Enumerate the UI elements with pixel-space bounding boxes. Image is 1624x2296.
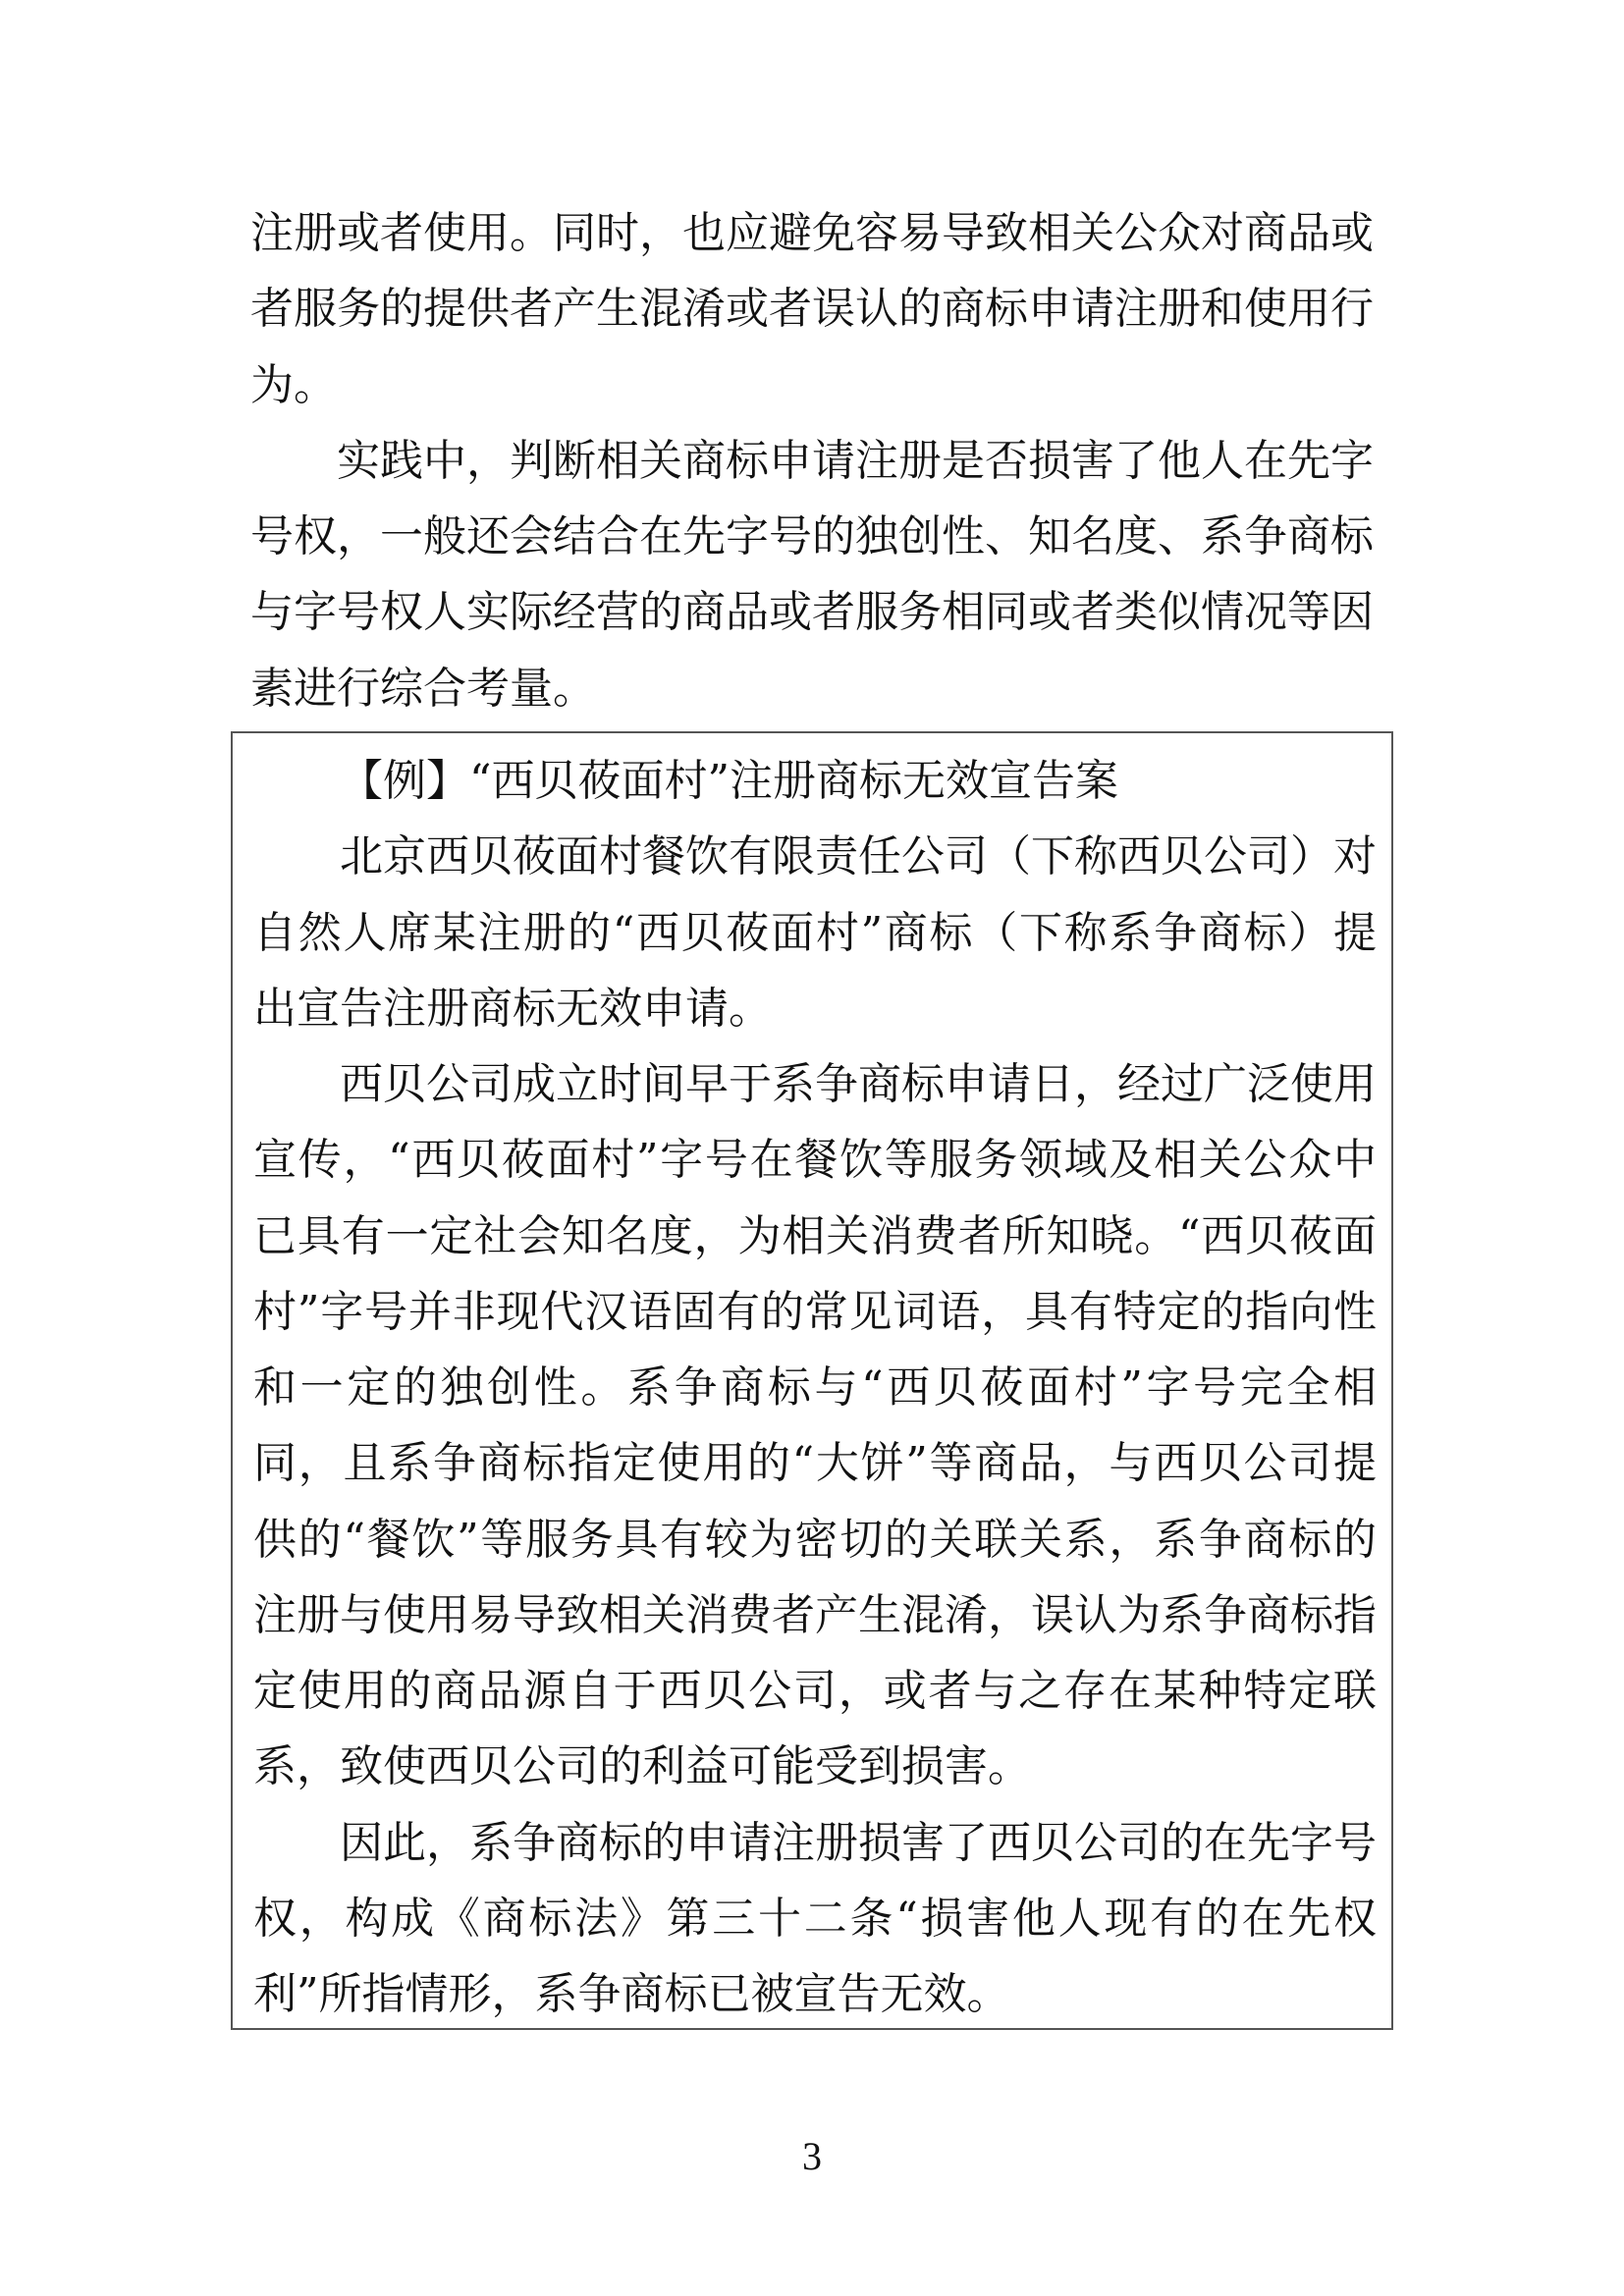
- paragraph-practice: 实践中，判断相关商标申请注册是否损害了他人在先字号权，一般还会结合在先字号的独创…: [250, 423, 1374, 726]
- example-paragraph-1: 北京西贝莜面村餐饮有限责任公司（下称西贝公司）对自然人席某注册的“西贝莜面村”商…: [253, 819, 1377, 1046]
- example-title: 【例】“西贝莜面村”注册商标无效宣告案: [253, 743, 1377, 819]
- page-number: 3: [0, 2132, 1624, 2181]
- paragraph-continuation: 注册或者使用。同时，也应避免容易导致相关公众对商品或者服务的提供者产生混淆或者误…: [250, 195, 1374, 423]
- example-case-content: 【例】“西贝莜面村”注册商标无效宣告案 北京西贝莜面村餐饮有限责任公司（下称西贝…: [253, 743, 1377, 2030]
- example-paragraph-2: 西贝公司成立时间早于系争商标申请日，经过广泛使用宣传，“西贝莜面村”字号在餐饮等…: [253, 1046, 1377, 1805]
- example-paragraph-3: 因此，系争商标的申请注册损害了西贝公司的在先字号权，构成《商标法》第三十二条“损…: [253, 1805, 1377, 2031]
- document-page: 注册或者使用。同时，也应避免容易导致相关公众对商品或者服务的提供者产生混淆或者误…: [0, 0, 1624, 2296]
- body-text: 注册或者使用。同时，也应避免容易导致相关公众对商品或者服务的提供者产生混淆或者误…: [250, 195, 1374, 726]
- example-case-box: 【例】“西贝莜面村”注册商标无效宣告案 北京西贝莜面村餐饮有限责任公司（下称西贝…: [231, 731, 1393, 2030]
